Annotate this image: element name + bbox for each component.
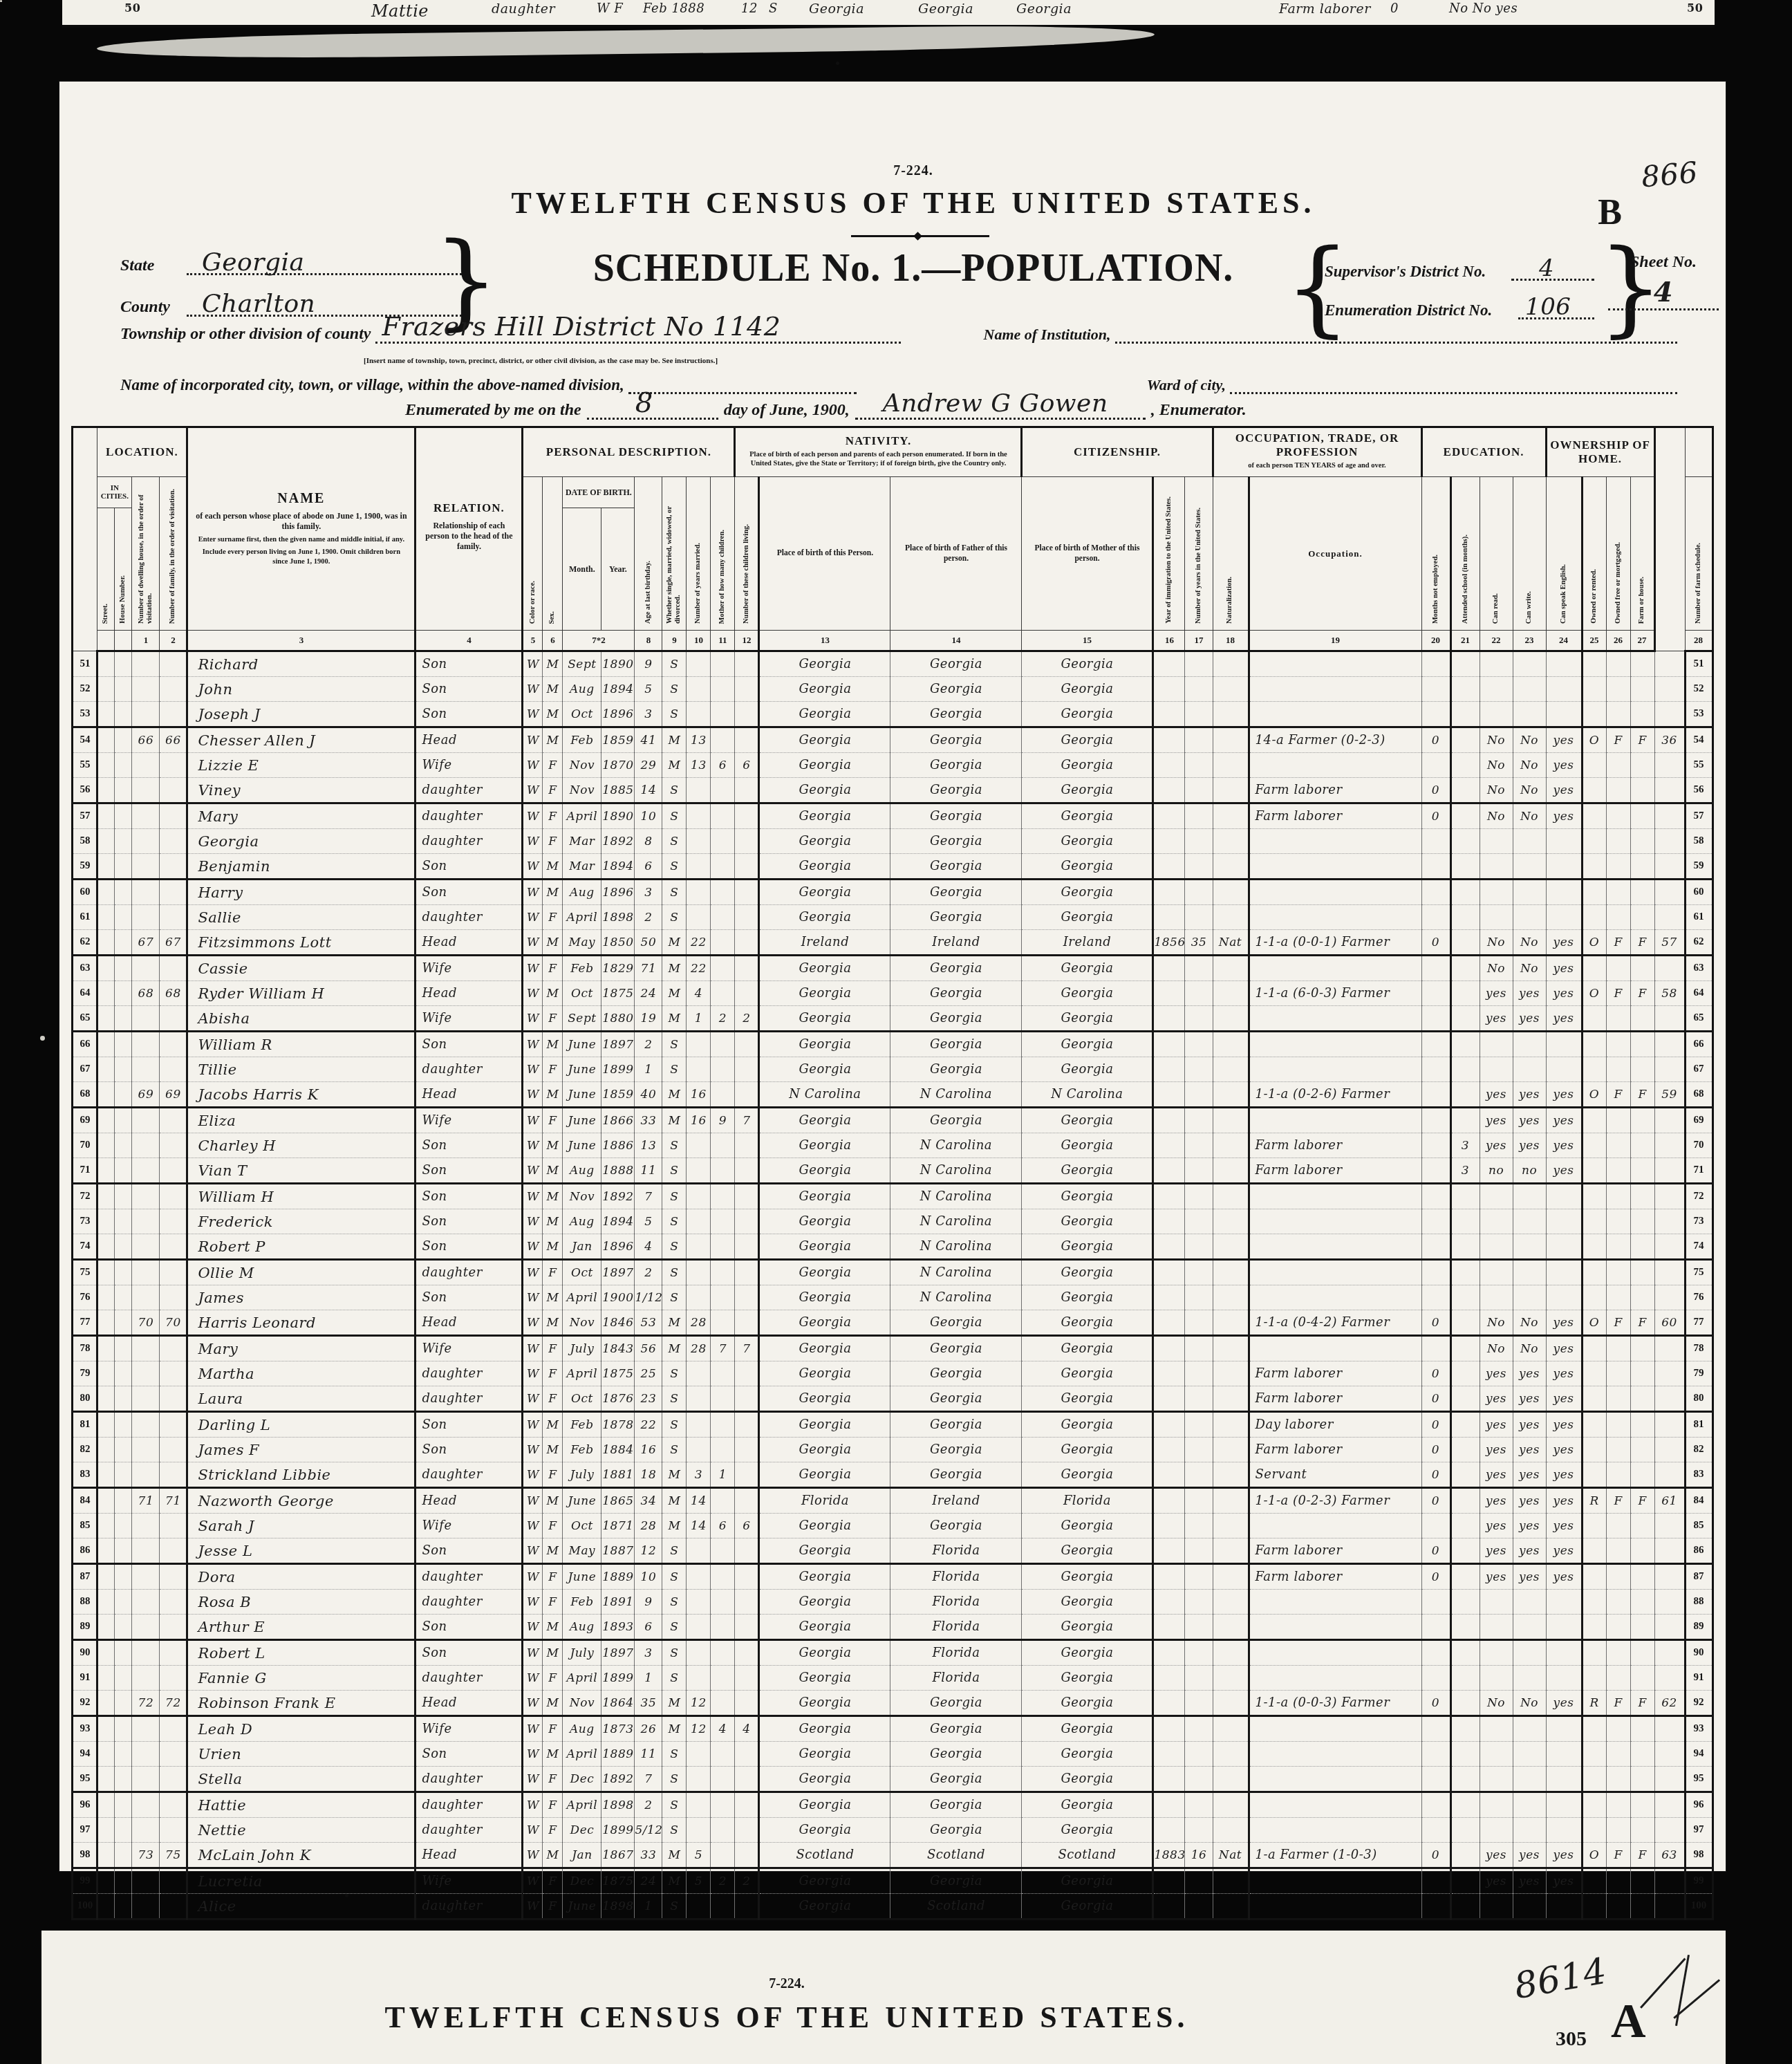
- cell-name: Frederick: [187, 1209, 416, 1234]
- cell-m: S: [662, 1361, 687, 1386]
- cell-wr: [1513, 880, 1546, 905]
- cell-bm: April: [563, 1666, 601, 1691]
- cell-nat: [1213, 1108, 1249, 1133]
- cell-name: Joseph J: [187, 702, 416, 727]
- cell-rel: Son: [416, 1184, 523, 1209]
- cell-a: 2: [635, 1792, 662, 1818]
- cell-name: Jesse L: [187, 1538, 416, 1564]
- cell-im: [1153, 981, 1185, 1006]
- cell-mne: 0: [1421, 930, 1450, 956]
- cell-occ: [1249, 880, 1421, 905]
- cell-name: Nazworth George: [187, 1488, 416, 1514]
- cell-s: M: [543, 1843, 563, 1868]
- cell-fh: [1630, 829, 1654, 854]
- cell-by: 1885: [601, 778, 635, 803]
- cell-fm: [1606, 1032, 1630, 1057]
- cell-house: [115, 829, 132, 854]
- cell-d: [132, 829, 160, 854]
- cell-ym: [687, 778, 711, 803]
- cell-ym: [687, 1361, 711, 1386]
- cell-name: Benjamin: [187, 854, 416, 880]
- col-months-not-employed: Months not employed.: [1421, 477, 1450, 631]
- cell-m: S: [662, 1767, 687, 1792]
- cell-im: [1153, 1209, 1185, 1234]
- cell-sch: [1450, 1412, 1480, 1438]
- cell-p3: Georgia: [1022, 905, 1153, 930]
- cell-by: 1899: [601, 1666, 635, 1691]
- cell-fs: 36: [1654, 727, 1685, 753]
- cell-occ: Farm laborer: [1249, 1564, 1421, 1590]
- cell-c: W: [523, 1234, 543, 1260]
- cell-p1: Georgia: [759, 1260, 890, 1285]
- cell-im: [1153, 803, 1185, 829]
- cell-mc: [711, 1767, 735, 1792]
- cell-name: Vian T: [187, 1158, 416, 1184]
- cell-wr: [1513, 829, 1546, 854]
- cell-m: S: [662, 1412, 687, 1438]
- column-number-16: 16: [1153, 631, 1185, 651]
- group-nativity: NATIVITY. Place of birth of each person …: [735, 427, 1022, 477]
- cell-occ: Farm laborer: [1249, 1438, 1421, 1462]
- cell-n2: 63: [1685, 956, 1712, 981]
- table-row: 927272Robinson Frank EHeadWMNov186435M12…: [73, 1691, 1712, 1716]
- cell-house: [115, 1158, 132, 1184]
- cell-sch: 3: [1450, 1133, 1480, 1158]
- table-row: 987375McLain John KHeadWMJan186733M5Scot…: [73, 1843, 1712, 1868]
- cell-nat: [1213, 1640, 1249, 1666]
- cell-s: F: [543, 1386, 563, 1412]
- cell-house: [115, 981, 132, 1006]
- table-row: 57MarydaughterWFApril189010SGeorgiaGeorg…: [73, 803, 1712, 829]
- cell-cl: [735, 1310, 759, 1336]
- cell-nat: Nat: [1213, 930, 1249, 956]
- cell-s: F: [543, 1564, 563, 1590]
- cell-p2: Georgia: [890, 1514, 1022, 1538]
- cell-by: 1889: [601, 1564, 635, 1590]
- cell-yus: [1185, 1057, 1213, 1082]
- cell-mne: [1421, 1184, 1450, 1209]
- cell-sch: [1450, 1260, 1480, 1285]
- column-number-13: 13: [759, 631, 890, 651]
- cell-by: 1892: [601, 1767, 635, 1792]
- cell-f: 70: [160, 1310, 187, 1336]
- cell-en: yes: [1546, 1412, 1582, 1438]
- cell-yus: [1185, 829, 1213, 854]
- cell-bm: Dec: [563, 1868, 601, 1894]
- cell-mc: [711, 1564, 735, 1590]
- cell-name: Viney: [187, 778, 416, 803]
- cell-p2: Georgia: [890, 1868, 1022, 1894]
- cell-f: [160, 1514, 187, 1538]
- cell-d: [132, 702, 160, 727]
- cell-name: Lizzie E: [187, 753, 416, 778]
- cell-s: F: [543, 753, 563, 778]
- cell-n: 59: [73, 854, 97, 880]
- cell-cl: 6: [735, 753, 759, 778]
- cell-by: 1888: [601, 1158, 635, 1184]
- cell-s: F: [543, 829, 563, 854]
- cell-im: [1153, 1716, 1185, 1742]
- cell-occ: 1-1-a (0-0-3) Farmer: [1249, 1691, 1421, 1716]
- cell-nat: Nat: [1213, 1843, 1249, 1868]
- cell-mne: 0: [1421, 1310, 1450, 1336]
- cell-wr: [1513, 651, 1546, 677]
- col-birth-year: Year.: [601, 508, 635, 631]
- cell-o: O: [1582, 1843, 1606, 1868]
- prev-marital: S: [769, 1, 778, 16]
- cell-p2: Georgia: [890, 1032, 1022, 1057]
- cell-fm: [1606, 880, 1630, 905]
- column-number-21: 21: [1450, 631, 1480, 651]
- cell-c: W: [523, 753, 543, 778]
- cell-o: [1582, 1538, 1606, 1564]
- cell-fm: [1606, 1260, 1630, 1285]
- cell-p1: Georgia: [759, 1133, 890, 1158]
- cell-m: M: [662, 1691, 687, 1716]
- cell-sch: [1450, 1640, 1480, 1666]
- cell-en: [1546, 905, 1582, 930]
- cell-mc: [711, 727, 735, 753]
- cell-sch: [1450, 1386, 1480, 1412]
- cell-cl: [735, 651, 759, 677]
- cell-sch: [1450, 956, 1480, 981]
- cell-fm: [1606, 1894, 1630, 1919]
- cell-fh: [1630, 1462, 1654, 1488]
- cell-sch: [1450, 1666, 1480, 1691]
- cell-wr: [1513, 854, 1546, 880]
- cell-p1: Georgia: [759, 1285, 890, 1310]
- cell-house: [115, 1818, 132, 1843]
- cell-name: Fitzsimmons Lott: [187, 930, 416, 956]
- cell-sch: [1450, 1108, 1480, 1133]
- cell-im: [1153, 1894, 1185, 1919]
- cell-o: [1582, 1438, 1606, 1462]
- cell-rd: [1480, 677, 1513, 702]
- cell-a: 29: [635, 753, 662, 778]
- cell-yus: [1185, 1488, 1213, 1514]
- cell-d: [132, 1742, 160, 1767]
- cell-cl: [735, 1894, 759, 1919]
- cell-fh: [1630, 854, 1654, 880]
- cell-fh: [1630, 1032, 1654, 1057]
- previous-sheet-fragment: 50 Mattie daughter W F Feb 1888 12 S Geo…: [62, 0, 1715, 28]
- cell-name: Lucretia: [187, 1868, 416, 1894]
- cell-p1: Georgia: [759, 1792, 890, 1818]
- cell-yus: [1185, 1818, 1213, 1843]
- cell-im: [1153, 880, 1185, 905]
- cell-mc: [711, 1057, 735, 1082]
- cell-en: yes: [1546, 1336, 1582, 1361]
- cell-wr: No: [1513, 1336, 1546, 1361]
- cell-im: [1153, 778, 1185, 803]
- table-row: 66William RSonWMJune18972SGeorgiaGeorgia…: [73, 1032, 1712, 1057]
- cell-sch: [1450, 702, 1480, 727]
- cell-rel: daughter: [416, 1818, 523, 1843]
- table-row: 65AbishaWifeWFSept188019M122GeorgiaGeorg…: [73, 1006, 1712, 1032]
- cell-n2: 80: [1685, 1386, 1712, 1412]
- cell-n2: 76: [1685, 1285, 1712, 1310]
- cell-en: [1546, 1285, 1582, 1310]
- cell-wr: yes: [1513, 1082, 1546, 1108]
- enumerator-row: Enumerated by me on the 8 day of June, 1…: [405, 401, 1247, 420]
- cell-sch: [1450, 1564, 1480, 1590]
- cell-m: S: [662, 702, 687, 727]
- cell-s: M: [543, 981, 563, 1006]
- cell-p2: Georgia: [890, 1336, 1022, 1361]
- cell-n2: 93: [1685, 1716, 1712, 1742]
- cell-name: Tillie: [187, 1057, 416, 1082]
- col-marital-status: Whether single, married, widowed, or div…: [662, 477, 687, 631]
- cell-nat: [1213, 1285, 1249, 1310]
- cell-p3: Georgia: [1022, 1792, 1153, 1818]
- cell-sch: [1450, 778, 1480, 803]
- cell-mc: [711, 880, 735, 905]
- cell-c: W: [523, 1285, 543, 1310]
- ornament-divider: [851, 235, 989, 237]
- cell-occ: 1-1-a (0-0-1) Farmer: [1249, 930, 1421, 956]
- cell-s: M: [543, 677, 563, 702]
- cell-bm: Feb: [563, 1438, 601, 1462]
- cell-mne: [1421, 753, 1450, 778]
- cell-by: 1867: [601, 1843, 635, 1868]
- cell-nat: [1213, 1538, 1249, 1564]
- cell-street: [97, 1032, 115, 1057]
- cell-rel: Son: [416, 880, 523, 905]
- cell-f: [160, 1767, 187, 1792]
- cell-fh: [1630, 1894, 1654, 1919]
- cell-im: [1153, 1057, 1185, 1082]
- cell-a: 26: [635, 1716, 662, 1742]
- occupation-title: OCCUPATION, TRADE, OR PROFESSION: [1214, 431, 1421, 459]
- cell-name: McLain John K: [187, 1843, 416, 1868]
- cell-m: S: [662, 1057, 687, 1082]
- cell-wr: [1513, 677, 1546, 702]
- cell-n: 56: [73, 778, 97, 803]
- cell-sch: [1450, 727, 1480, 753]
- cell-mc: [711, 778, 735, 803]
- cell-c: W: [523, 1361, 543, 1386]
- cell-mc: 7: [711, 1336, 735, 1361]
- cell-mne: [1421, 1818, 1450, 1843]
- population-schedule-table: LOCATION. NAME of each person whose plac…: [71, 426, 1713, 1920]
- cell-street: [97, 1260, 115, 1285]
- cell-name: Robert L: [187, 1640, 416, 1666]
- cell-cl: [735, 1285, 759, 1310]
- cell-o: [1582, 1032, 1606, 1057]
- cell-n: 71: [73, 1158, 97, 1184]
- cell-sch: [1450, 803, 1480, 829]
- cell-s: M: [543, 1082, 563, 1108]
- cell-wr: yes: [1513, 1868, 1546, 1894]
- cell-fm: F: [1606, 727, 1630, 753]
- cell-im: [1153, 1361, 1185, 1386]
- cell-p3: Georgia: [1022, 1108, 1153, 1133]
- table-row: 53Joseph JSonWMOct18963SGeorgiaGeorgiaGe…: [73, 702, 1712, 727]
- cell-f: [160, 1462, 187, 1488]
- cell-street: [97, 1767, 115, 1792]
- cell-f: 69: [160, 1082, 187, 1108]
- cell-mc: [711, 1640, 735, 1666]
- cell-cl: [735, 829, 759, 854]
- cell-en: yes: [1546, 727, 1582, 753]
- cell-occ: [1249, 753, 1421, 778]
- cell-m: M: [662, 1336, 687, 1361]
- cell-fm: [1606, 1158, 1630, 1184]
- cell-occ: [1249, 1615, 1421, 1640]
- column-number-18: 18: [1213, 631, 1249, 651]
- cell-d: 71: [132, 1488, 160, 1514]
- cell-ym: [687, 880, 711, 905]
- cell-a: 12: [635, 1538, 662, 1564]
- cell-by: 1866: [601, 1108, 635, 1133]
- cell-m: M: [662, 1843, 687, 1868]
- cell-street: [97, 1564, 115, 1590]
- cell-s: F: [543, 1057, 563, 1082]
- cell-fh: [1630, 1412, 1654, 1438]
- cell-house: [115, 1209, 132, 1234]
- cell-nat: [1213, 829, 1249, 854]
- cell-street: [97, 1234, 115, 1260]
- cell-occ: 1-1-a (0-2-6) Farmer: [1249, 1082, 1421, 1108]
- cell-s: F: [543, 956, 563, 981]
- cell-p1: Scotland: [759, 1843, 890, 1868]
- bottom-page-number: 305: [1556, 2027, 1587, 2051]
- cell-o: [1582, 1336, 1606, 1361]
- cell-house: [115, 1843, 132, 1868]
- cell-sch: [1450, 1082, 1480, 1108]
- cell-p1: Georgia: [759, 1818, 890, 1843]
- cell-m: M: [662, 1488, 687, 1514]
- cell-wr: yes: [1513, 1488, 1546, 1514]
- cell-house: [115, 1742, 132, 1767]
- cell-wr: No: [1513, 1691, 1546, 1716]
- cell-im: [1153, 727, 1185, 753]
- cell-by: 1896: [601, 880, 635, 905]
- cell-m: M: [662, 1716, 687, 1742]
- cell-mc: [711, 1843, 735, 1868]
- cell-street: [97, 854, 115, 880]
- cell-fm: [1606, 1057, 1630, 1082]
- cell-s: M: [543, 1742, 563, 1767]
- cell-nat: [1213, 1184, 1249, 1209]
- cell-d: [132, 1108, 160, 1133]
- cell-bm: Dec: [563, 1818, 601, 1843]
- cell-cl: [735, 981, 759, 1006]
- cell-o: [1582, 1006, 1606, 1032]
- cell-d: [132, 651, 160, 677]
- cell-d: [132, 1438, 160, 1462]
- table-row: 90Robert LSonWMJuly18973SGeorgiaFloridaG…: [73, 1640, 1712, 1666]
- cell-rel: Wife: [416, 1716, 523, 1742]
- name-desc-2: Enter surname first, then the given name…: [195, 535, 407, 544]
- cell-mne: 0: [1421, 727, 1450, 753]
- cell-fh: [1630, 1514, 1654, 1538]
- col-years-in-us: Number of years in the United States.: [1185, 477, 1213, 631]
- cell-en: [1546, 829, 1582, 854]
- cell-ym: [687, 1209, 711, 1234]
- cell-p1: Georgia: [759, 854, 890, 880]
- cell-m: S: [662, 1133, 687, 1158]
- cell-street: [97, 981, 115, 1006]
- cell-occ: [1249, 829, 1421, 854]
- cell-wr: [1513, 1716, 1546, 1742]
- cell-street: [97, 702, 115, 727]
- cell-rel: daughter: [416, 1361, 523, 1386]
- cell-rel: Head: [416, 981, 523, 1006]
- cell-n2: 57: [1685, 803, 1712, 829]
- cell-fs: [1654, 1666, 1685, 1691]
- cell-c: W: [523, 1615, 543, 1640]
- cell-house: [115, 1792, 132, 1818]
- cell-en: [1546, 1640, 1582, 1666]
- relation-desc: Relationship of each person to the head …: [422, 521, 516, 552]
- cell-cl: [735, 1818, 759, 1843]
- cell-a: 10: [635, 1564, 662, 1590]
- cell-by: 1893: [601, 1615, 635, 1640]
- cell-n2: 51: [1685, 651, 1712, 677]
- cell-fh: [1630, 1336, 1654, 1361]
- cell-p3: Georgia: [1022, 1767, 1153, 1792]
- cell-p2: Georgia: [890, 981, 1022, 1006]
- cell-o: O: [1582, 930, 1606, 956]
- cell-yus: [1185, 1412, 1213, 1438]
- cell-bm: Aug: [563, 1615, 601, 1640]
- cell-rel: daughter: [416, 1564, 523, 1590]
- cell-yus: [1185, 1742, 1213, 1767]
- cell-fh: [1630, 905, 1654, 930]
- cell-a: 4: [635, 1234, 662, 1260]
- cell-o: [1582, 1640, 1606, 1666]
- cell-by: 1881: [601, 1462, 635, 1488]
- cell-m: S: [662, 1260, 687, 1285]
- cell-street: [97, 1133, 115, 1158]
- cell-cl: [735, 1361, 759, 1386]
- cell-a: 14: [635, 778, 662, 803]
- cell-p1: Georgia: [759, 829, 890, 854]
- cell-im: [1153, 1386, 1185, 1412]
- table-row: 71Vian TSonWMAug188811SGeorgiaN Carolina…: [73, 1158, 1712, 1184]
- table-row: 55Lizzie EWifeWFNov187029M1366GeorgiaGeo…: [73, 753, 1712, 778]
- cell-bm: Nov: [563, 1310, 601, 1336]
- cell-bm: June: [563, 1057, 601, 1082]
- cell-n2: 100: [1685, 1894, 1712, 1919]
- cell-rel: Wife: [416, 1514, 523, 1538]
- cell-n2: 74: [1685, 1234, 1712, 1260]
- cell-c: W: [523, 1868, 543, 1894]
- col-can-speak-english: Can speak English.: [1546, 477, 1582, 631]
- cell-c: W: [523, 1818, 543, 1843]
- cell-d: [132, 854, 160, 880]
- cell-by: 1859: [601, 1082, 635, 1108]
- column-number-1: 1: [132, 631, 160, 651]
- cell-street: [97, 1438, 115, 1462]
- cell-fs: 63: [1654, 1843, 1685, 1868]
- cell-by: 1850: [601, 930, 635, 956]
- cell-a: 1: [635, 1894, 662, 1919]
- cell-p1: Georgia: [759, 1412, 890, 1438]
- cell-en: [1546, 1767, 1582, 1792]
- prev-pob-person: Georgia: [809, 1, 864, 17]
- cell-fs: 59: [1654, 1082, 1685, 1108]
- cell-rel: Son: [416, 1412, 523, 1438]
- cell-fh: [1630, 753, 1654, 778]
- cell-n: 69: [73, 1108, 97, 1133]
- cell-rel: Son: [416, 1438, 523, 1462]
- cell-rel: daughter: [416, 1057, 523, 1082]
- cell-d: [132, 1184, 160, 1209]
- cell-nat: [1213, 702, 1249, 727]
- cell-cl: [735, 1438, 759, 1462]
